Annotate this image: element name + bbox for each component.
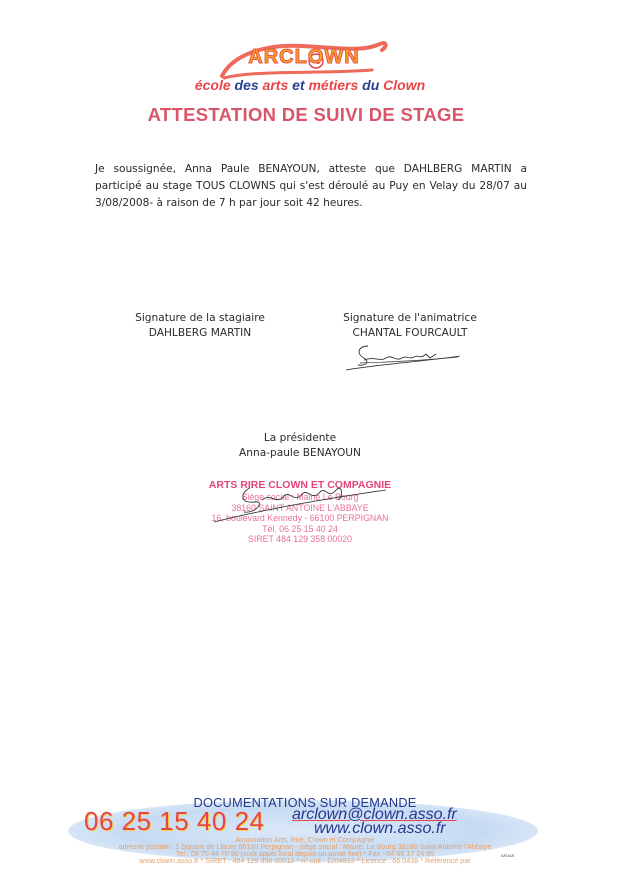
president-signature-icon [210, 478, 390, 526]
president-label: La présidente [200, 431, 400, 446]
page-title: ATTESTATION DE SUIVI DE STAGE [0, 104, 612, 126]
president-name: Anna-paule BENAYOUN [200, 446, 400, 461]
logo-tagline: école des arts et métiers du Clown [0, 77, 620, 93]
trainee-signature-block: Signature de la stagiaire DAHLBERG MARTI… [110, 311, 290, 341]
tagline-word: du [362, 77, 383, 93]
president-block: La présidente Anna-paule BENAYOUN [200, 431, 400, 461]
animator-signature-icon [340, 340, 465, 372]
arclown-logo: ARCLOWN [212, 36, 392, 82]
animator-name: CHANTAL FOURCAULT [320, 326, 500, 341]
tagline-word: école [195, 77, 235, 93]
tagline-word: et [292, 77, 308, 93]
tagline-word: Clown [383, 77, 425, 93]
trainee-signature-label: Signature de la stagiaire [110, 311, 290, 326]
attestation-line-2: participé au stage TOUS CLOWNS qui s'est… [95, 178, 527, 195]
animator-signature-label: Signature de l'animatrice [320, 311, 500, 326]
afdas-badge: AFDAS [499, 852, 516, 859]
footer-registration: www.clown.asso.fr * SIRET : 484 129 358 … [70, 857, 540, 865]
tagline-word: des [235, 77, 263, 93]
attestation-text: Je soussignée, Anna Paule BENAYOUN, atte… [95, 161, 527, 212]
tagline-word: arts [263, 77, 293, 93]
logo-wordmark: ARCLOWN [234, 46, 374, 69]
tagline-word: métiers [308, 77, 362, 93]
attestation-line-1: Je soussignée, Anna Paule BENAYOUN, atte… [95, 161, 527, 178]
trainee-name: DAHLBERG MARTIN [110, 326, 290, 341]
attestation-line-3: 3/08/2008- à raison de 7 h par jour soit… [95, 195, 527, 212]
stamp-line: SIRET 484 129 358 00020 [195, 534, 405, 545]
animator-signature-block: Signature de l'animatrice CHANTAL FOURCA… [320, 311, 500, 341]
footer-phone: 06 25 15 40 24 [84, 806, 265, 837]
